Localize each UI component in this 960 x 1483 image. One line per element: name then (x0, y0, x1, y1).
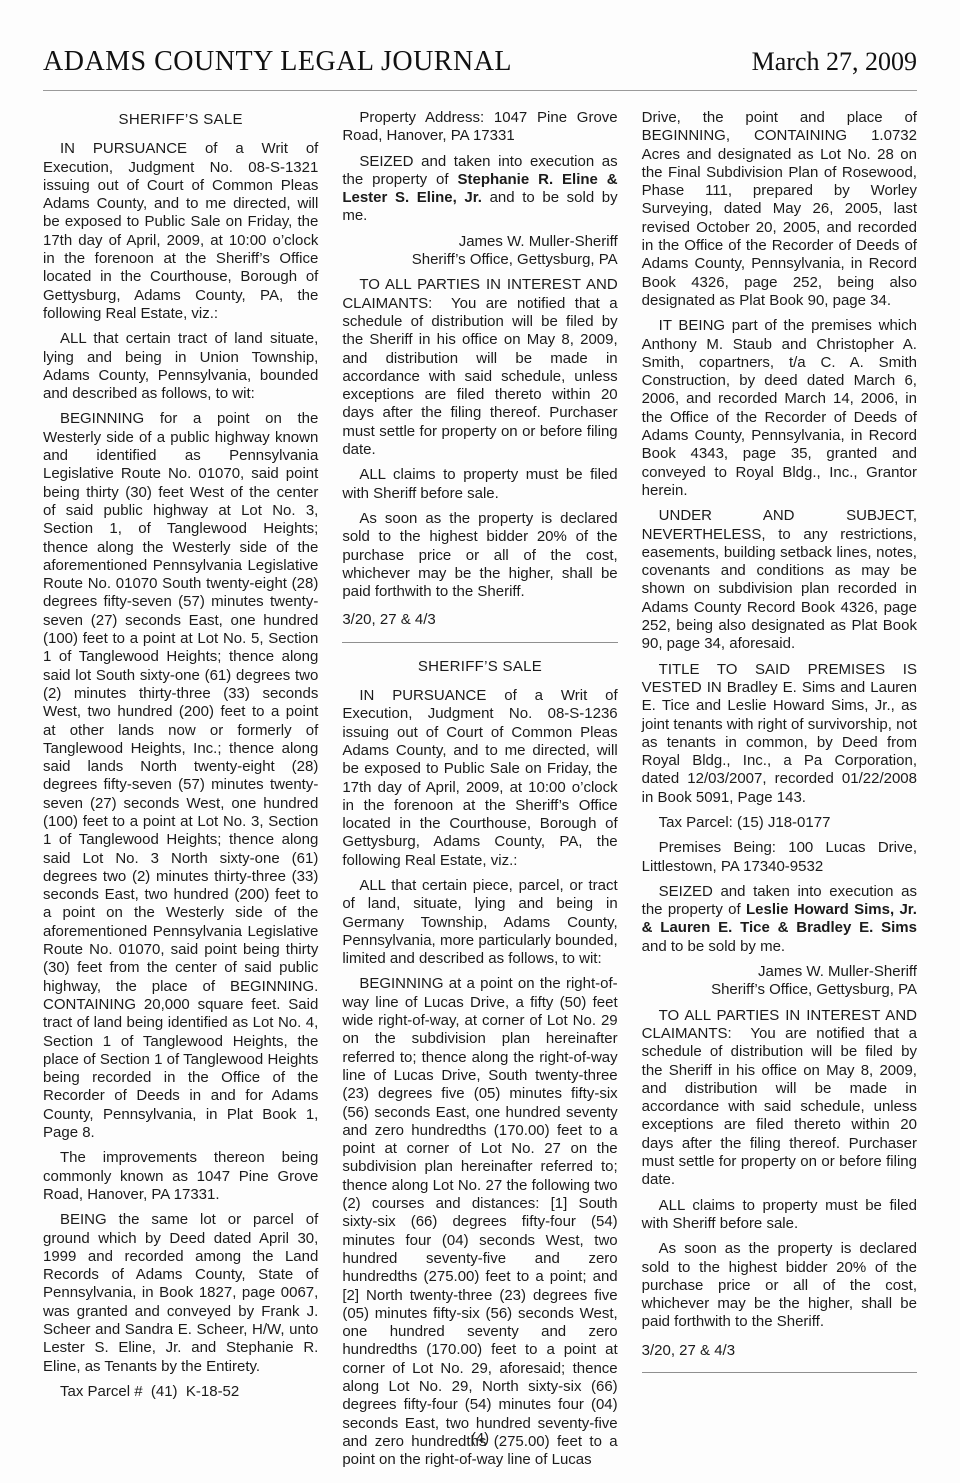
notice-paragraph: BEING the same lot or parcel of ground w… (43, 1211, 318, 1376)
page-number: (4) (0, 1430, 960, 1447)
notice-paragraph: ALL claims to property must be filed wit… (642, 1197, 917, 1234)
notice-paragraph: IN PURSUANCE of a Writ of Execution, Jud… (43, 140, 318, 323)
notice-paragraph: ALL that certain piece, parcel, or tract… (342, 877, 617, 968)
notice-paragraph: Premises Being: 100 Lucas Drive, Littles… (642, 839, 917, 876)
notice-paragraph-continuation: Drive, the point and place of BEGINNING,… (642, 109, 917, 310)
notice-paragraph: BEGINNING at a point on the right-of-way… (342, 975, 617, 1469)
attribution-line: James W. Muller-Sheriff (642, 963, 917, 981)
notice-heading: SHERIFF’S SALE (43, 111, 318, 129)
column-3: Drive, the point and place of BEGINNING,… (642, 109, 917, 1476)
attribution-line: Sheriff’s Office, Gettysburg, PA (342, 251, 617, 269)
notice-paragraph: As soon as the property is declared sold… (642, 1240, 917, 1331)
notice-paragraph: TITLE TO SAID PREMISES IS VESTED IN Brad… (642, 661, 917, 807)
notice-paragraph: The improvements thereon being commonly … (43, 1149, 318, 1204)
column-1: SHERIFF’S SALEIN PURSUANCE of a Writ of … (43, 109, 318, 1476)
column-layout: SHERIFF’S SALEIN PURSUANCE of a Writ of … (43, 91, 917, 1476)
notice-paragraph: UNDER AND SUBJECT, NEVERTHELESS, to any … (642, 507, 917, 653)
attribution-line: Sheriff’s Office, Gettysburg, PA (642, 981, 917, 999)
notice-divider (342, 642, 617, 643)
publication-dates: 3/20, 27 & 4/3 (642, 1342, 917, 1360)
journal-title: ADAMS COUNTY LEGAL JOURNAL (43, 46, 512, 78)
notice-paragraph: As soon as the property is declared sold… (342, 510, 617, 601)
notice-paragraph: SEIZED and taken into execution as the p… (342, 153, 617, 226)
notice-heading: SHERIFF’S SALE (342, 658, 617, 676)
masthead: ADAMS COUNTY LEGAL JOURNAL March 27, 200… (43, 0, 917, 91)
attribution-line: James W. Muller-Sheriff (342, 233, 617, 251)
issue-date: March 27, 2009 (752, 47, 917, 77)
notice-paragraph: Tax Parcel: (15) J18-0177 (642, 814, 917, 832)
notice-paragraph: BEGINNING for a point on the Westerly si… (43, 410, 318, 1142)
notice-paragraph: IT BEING part of the premises which Anth… (642, 317, 917, 500)
publication-dates: 3/20, 27 & 4/3 (342, 611, 617, 629)
notice-paragraph: IN PURSUANCE of a Writ of Execution, Jud… (342, 687, 617, 870)
notice-paragraph: TO ALL PARTIES IN INTEREST AND CLAIMANTS… (342, 276, 617, 459)
notice-paragraph: SEIZED and taken into execution as the p… (642, 883, 917, 956)
journal-page: ADAMS COUNTY LEGAL JOURNAL March 27, 200… (43, 0, 917, 1476)
column-2: Property Address: 1047 Pine Grove Road, … (342, 109, 617, 1476)
notice-paragraph: Property Address: 1047 Pine Grove Road, … (342, 109, 617, 146)
notice-paragraph: TO ALL PARTIES IN INTEREST AND CLAIMANTS… (642, 1007, 917, 1190)
notice-paragraph: ALL claims to property must be filed wit… (342, 466, 617, 503)
notice-paragraph: ALL that certain tract of land situate, … (43, 330, 318, 403)
notice-paragraph: Tax Parcel # (41) K-18-52 (43, 1383, 318, 1401)
notice-divider (642, 1372, 917, 1373)
